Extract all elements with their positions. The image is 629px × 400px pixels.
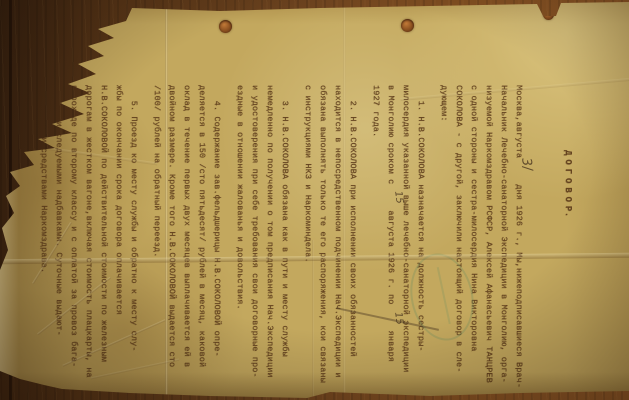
text-line: 5. Проезд ко месту службы и обратно к ме…: [125, 85, 140, 400]
text-line: Н.В.СОКОЛОВОЙ по действительной стоимост…: [95, 85, 110, 400]
text-line: с инструкциями НКЗ и Наркоминдела.: [299, 85, 314, 400]
text-line: 3. Н.В.СОКОЛОВА обязана как в пути и мес…: [276, 85, 291, 400]
handwritten-day-number: 3/: [518, 157, 535, 172]
text-line: обязана выполнять только те его распоряж…: [314, 85, 329, 400]
photo-of-typewritten-contract: Д О Г О В О Р. Москва,августа дня 1926 г…: [0, 0, 629, 400]
text-line: 2. Н.В.СОКОЛОВА при исполнении своих обя…: [344, 85, 359, 400]
text-line: двойном размере. Кроме того Н.В.СОКОЛОВО…: [163, 85, 178, 400]
paragraph-preamble: Москва,августа дня 1926 г., Мы,нижеподпи…: [435, 85, 525, 400]
text-line: Начальник Лечебно-санаторной Экспедиции …: [495, 85, 510, 400]
text-line: деляется в 150 /сто пятьдесят/ рублей в …: [193, 85, 208, 400]
text-line: 1. Н.В.СОКОЛОВА назначается на должность…: [412, 85, 427, 400]
paragraph-clause-3: 3. Н.В.СОКОЛОВА обязана как в пути и мес…: [231, 85, 291, 400]
punch-hole: [219, 20, 232, 33]
text-line: немедленно по получении о том предписани…: [261, 85, 276, 400]
text-line: СОКОЛОВА - с другой, заключили настоящий…: [450, 85, 465, 400]
text-line: ездные в отношении жалованья и довольств…: [231, 85, 246, 400]
text-line: и удостоверения при себе требования свои…: [246, 85, 261, 400]
paragraph-clause-1: 1. Н.В.СОКОЛОВА назначается на должность…: [367, 85, 427, 400]
text-line: /100/ рублей на обратный переезд.: [148, 85, 163, 400]
text-line: жбы по окончании срока договора оплачива…: [110, 85, 125, 400]
text-line: дорогам в жестком вагоне,включая стоимос…: [80, 85, 95, 400]
aged-paper-sheet: Д О Г О В О Р. Москва,августа дня 1926 г…: [0, 0, 629, 400]
paragraph-clause-4: 4. Содержание зав.фельдшерицы Н.В.СОКОЛО…: [148, 85, 223, 400]
handwritten-date-from: 15: [392, 190, 405, 204]
handwritten-date-to: 15: [392, 311, 405, 325]
text-line: оклад в течение первых двух месяцев выпл…: [178, 85, 193, 400]
text-line: 4. Содержание зав.фельдшерицы Н.В.СОКОЛО…: [208, 85, 223, 400]
text-line: дующем:: [435, 85, 450, 400]
document-title: Д О Г О В О Р.: [563, 150, 573, 218]
stamp-line: [437, 267, 451, 324]
paragraph-clause-2: 2. Н.В.СОКОЛОВА при исполнении своих обя…: [299, 85, 359, 400]
text-line: низуемой Наркомздравом РСФСР, Алексей Аф…: [480, 85, 495, 400]
text-line: милосердия указанной выше лечебно-санато…: [397, 85, 412, 400]
document-text-layer: Д О Г О В О Р. Москва,августа дня 1926 г…: [0, 0, 629, 400]
text-line: Москва,августа дня 1926 г., Мы,нижеподпи…: [510, 85, 525, 400]
punch-hole: [401, 19, 414, 32]
text-line: с одной стороны и сестра-милосердия Нина…: [465, 85, 480, 400]
text-line: в Монголию сроком с августа 1926 г. по я…: [382, 85, 397, 400]
text-line: 1927 года.: [367, 85, 382, 400]
text-line: находится в непосредственном подчинении …: [329, 85, 344, 400]
